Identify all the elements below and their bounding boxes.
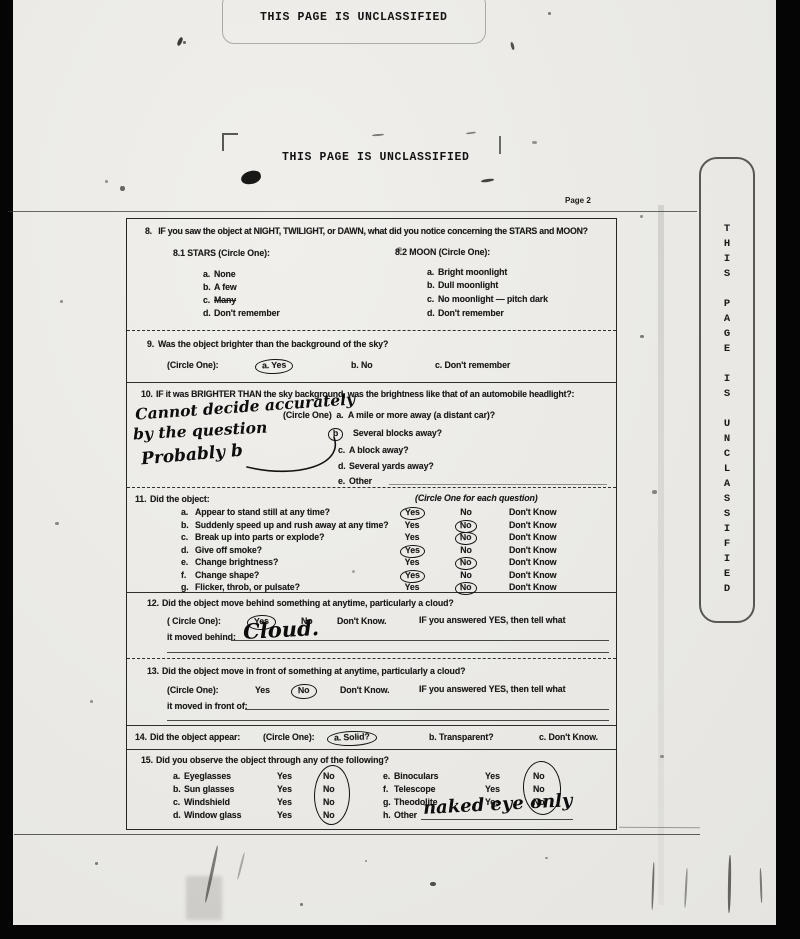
ink-speck: [300, 903, 303, 906]
question-8-text: 8. IF you saw the object at NIGHT, TWILI…: [145, 227, 588, 237]
circled-answer: No: [451, 558, 481, 568]
q15-row-f: f.Telescope: [383, 785, 435, 795]
q10-other-blank-line: [389, 484, 607, 485]
ink-speck: [430, 882, 436, 886]
ink-blob: [240, 169, 262, 185]
q8-moon-option: b.Dull moonlight: [427, 281, 498, 291]
form-box: 8. IF you saw the object at NIGHT, TWILI…: [126, 218, 617, 830]
classification-stamp-top: THIS PAGE IS UNCLASSIFIED: [260, 11, 448, 24]
q15-row-a: a.Eyeglasses: [173, 772, 231, 782]
classification-stamp-middle: THIS PAGE IS UNCLASSIFIED: [282, 151, 470, 164]
q13-prompt: it moved in front of:: [167, 702, 247, 712]
q8-stars-heading: 8.1 STARS (Circle One):: [173, 249, 270, 259]
page-number: Page 2: [565, 196, 591, 205]
hand-drawn-oval-left: [313, 764, 351, 825]
question-14-section: 14.Did the object appear: (Circle One): …: [127, 726, 616, 750]
question-11-section: 11.Did the object: (Circle One for each …: [127, 488, 616, 593]
side-stamp-bracket: THIS PAGE IS UNCLASSIFIED: [699, 157, 755, 623]
ink-speck: [105, 180, 108, 183]
scan-fold-streak: [658, 205, 664, 905]
question-13-text: 13.Did the object move in front of somet…: [147, 667, 465, 677]
horizontal-rule-bottom: [14, 834, 700, 835]
q9-answer-dont-remember: c. Don't remember: [435, 361, 510, 371]
q15-yes: Yes: [277, 772, 292, 782]
q11-instruction: (Circle One for each question): [415, 494, 538, 504]
ink-speck: [548, 12, 551, 15]
ink-speck: [397, 247, 402, 252]
scan-edge-right: [776, 0, 800, 939]
q15-yes: Yes: [485, 772, 500, 782]
ink-speck: [660, 755, 664, 758]
classification-stamp-side: THIS PAGE IS UNCLASSIFIED: [721, 223, 733, 598]
circled-answer: Yes: [395, 508, 429, 518]
q8-moon-option: c.No moonlight — pitch dark: [427, 295, 548, 305]
question-11-text: 11.Did the object:: [135, 495, 210, 505]
ink-speck: [466, 131, 476, 134]
question-15-text: 15.Did you observe the object through an…: [141, 756, 389, 766]
horizontal-rule-top: [8, 211, 697, 212]
ink-speck: [95, 862, 98, 865]
question-12-section: 12.Did the object move behind something …: [127, 593, 616, 659]
q15-row-b: b.Sun glasses: [173, 785, 234, 795]
question-9-text: 9.Was the object brighter than the backg…: [147, 340, 388, 350]
ink-speck: [759, 868, 762, 903]
q13-blank-line: [245, 709, 609, 710]
handwriting-cloud: Cloud.: [243, 617, 320, 642]
ink-speck: [365, 860, 367, 862]
ink-speck: [727, 855, 731, 913]
q15-yes: Yes: [277, 798, 292, 808]
q10-option-b-label: Several blocks away?: [353, 429, 442, 439]
q15-other-blank-line: [421, 819, 573, 820]
ink-speck: [640, 335, 644, 338]
scan-edge-left: [0, 0, 13, 939]
question-9-section: 9.Was the object brighter than the backg…: [127, 331, 616, 383]
ink-speck: [481, 178, 494, 183]
q8-moon-option: a.Bright moonlight: [427, 268, 507, 278]
q15-row-e: e.Binoculars: [383, 772, 438, 782]
q8-moon-heading: 8.2 MOON (Circle One):: [395, 248, 490, 258]
q13-tail-text: IF you answered YES, then tell what: [419, 685, 565, 695]
q9-answer-yes-circled: a. Yes: [261, 361, 287, 371]
scan-edge-bottom: [0, 925, 800, 939]
ink-speck: [532, 141, 537, 144]
q12-blank-line-2: [167, 652, 609, 653]
ink-speck: [684, 868, 688, 908]
question-10-section: 10.IF it was BRIGHTER THAN the sky backg…: [127, 383, 616, 488]
question-15-section: 15.Did you observe the object through an…: [127, 750, 616, 831]
ink-speck: [510, 42, 515, 51]
ink-speck: [55, 522, 59, 525]
q8-moon-option: d.Don't remember: [427, 309, 504, 319]
q9-answer-no: b. No: [351, 361, 373, 371]
ink-speck: [352, 570, 355, 573]
ink-speck: [640, 215, 643, 218]
q9-circle-one-label: (Circle One):: [167, 361, 219, 371]
circled-answer: Yes: [395, 546, 429, 556]
ink-speck: [651, 862, 655, 910]
ink-speck: [372, 133, 384, 136]
q15-row-d: d.Window glass: [173, 811, 241, 821]
q8-stars-option: a.None: [203, 270, 236, 280]
question-8-section: 8. IF you saw the object at NIGHT, TWILI…: [127, 219, 616, 331]
q8-stars-option-struck: c.Many: [203, 296, 236, 306]
q15-row-c: c.Windshield: [173, 798, 230, 808]
circled-answer: No: [451, 533, 481, 543]
ink-speck: [545, 857, 548, 859]
stamp-tick-mark: [499, 136, 501, 154]
question-14-text: 14.Did the object appear:: [135, 733, 240, 743]
stamp-corner-mark: [222, 133, 238, 151]
question-13-section: 13.Did the object move in front of somet…: [127, 659, 616, 726]
q12-tail-text: IF you answered YES, then tell what: [419, 616, 565, 626]
q14-answer-solid-circled: a. Solid?: [333, 733, 371, 743]
question-10-text: 10.IF it was BRIGHTER THAN the sky backg…: [141, 390, 574, 400]
q15-row-h: h.Other: [383, 811, 417, 821]
q13-answer-no-circled: No: [297, 686, 311, 696]
question-12-text: 12.Did the object move behind something …: [147, 599, 454, 609]
handwriting-naked-eye-only: naked eye only: [423, 792, 573, 818]
q8-stars-option: b.A few: [203, 283, 237, 293]
q10-option-a-row: (Circle One) a. A mile or more away (a d…: [283, 411, 495, 421]
scan-smudge: [186, 876, 222, 920]
scanned-document-page: THIS PAGE IS UNCLASSIFIED THIS PAGE IS U…: [0, 0, 800, 939]
q8-stars-option: d.Don't remember: [203, 309, 280, 319]
q10-option-d: d.Several yards away?: [338, 462, 434, 472]
q12-answer-dont-know: Don't Know.: [337, 617, 387, 627]
q15-yes: Yes: [277, 785, 292, 795]
q13-answer-dont-know: Don't Know.: [340, 686, 390, 696]
q14-answer-transparent: b. Transparent?: [429, 733, 494, 743]
ink-speck: [120, 186, 125, 191]
q14-answer-dont-know: c. Don't Know.: [539, 733, 598, 743]
q13-blank-line-2: [167, 720, 609, 721]
ink-speck: [90, 700, 93, 703]
q13-answer-yes: Yes: [255, 686, 270, 696]
q15-yes: Yes: [277, 811, 292, 821]
ink-speck: [60, 300, 63, 303]
handwriting-arrow-curve: [222, 423, 352, 481]
q12-prompt: it moved behind:: [167, 633, 236, 643]
circled-answer: No: [451, 583, 481, 593]
q14-circle-one-label: (Circle One):: [263, 733, 315, 743]
circled-answer: Yes: [395, 571, 429, 581]
q13-circle-one-label: (Circle One):: [167, 686, 219, 696]
circled-answer: No: [451, 521, 481, 531]
ink-speck: [183, 41, 186, 44]
ink-speck: [652, 490, 657, 494]
q12-circle-one-label: ( Circle One):: [167, 617, 221, 627]
ink-speck: [237, 852, 246, 880]
